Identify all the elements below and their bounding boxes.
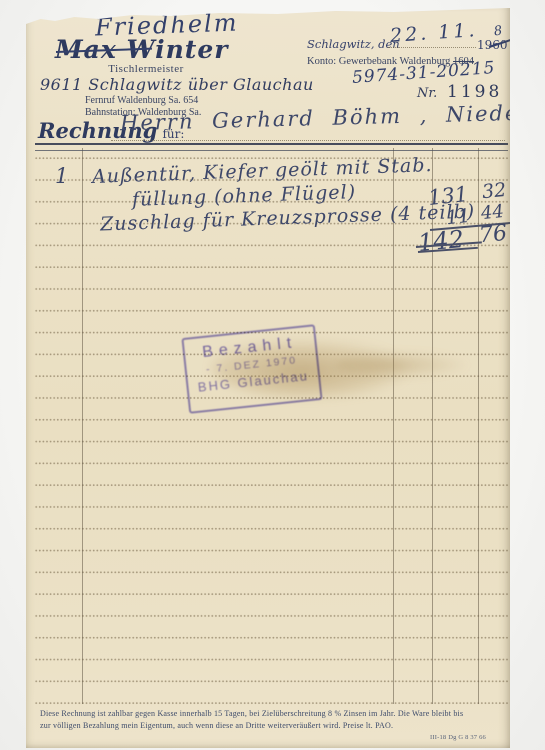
invoice-no: 1198 [447,82,502,102]
scanned-invoice-photo: Friedhelm Max Winter Tischlermeister 961… [0,0,545,750]
total-pfennig: 76 [478,221,508,248]
invoice-paper: Friedhelm Max Winter Tischlermeister 961… [26,8,510,748]
item-qty: 1 [55,164,68,188]
letterhead-phone: Fernruf Waldenburg Sa. 654 [85,95,198,106]
letterhead-trade: Tischlermeister [86,63,206,75]
year-overwrite-handwritten: 8 [493,23,503,39]
recipient-fill-line [111,139,505,141]
column-rule-1 [393,148,394,704]
terms-line2: zur völligen Bezahlung mein Eigentum, au… [40,721,498,730]
column-rule-qty [82,148,83,704]
invoice-no-label: Nr. [417,86,437,101]
letterhead-address: 9611 Schlagwitz über Glauchau [40,75,314,94]
terms-line1: Diese Rechnung ist zahlbar gegen Kasse i… [40,709,498,718]
table-top-rule [35,143,508,151]
date-handwritten: 22. 11. [389,19,478,47]
print-code: III-18 Dg G 8 37 66 [430,734,486,741]
amount1-pfennig: 32 [481,179,507,203]
paid-stamp: Bezahlt - 7. DEZ 1970 BHG Glauchau [181,324,322,414]
place-date-label: Schlagwitz, den [307,37,400,51]
